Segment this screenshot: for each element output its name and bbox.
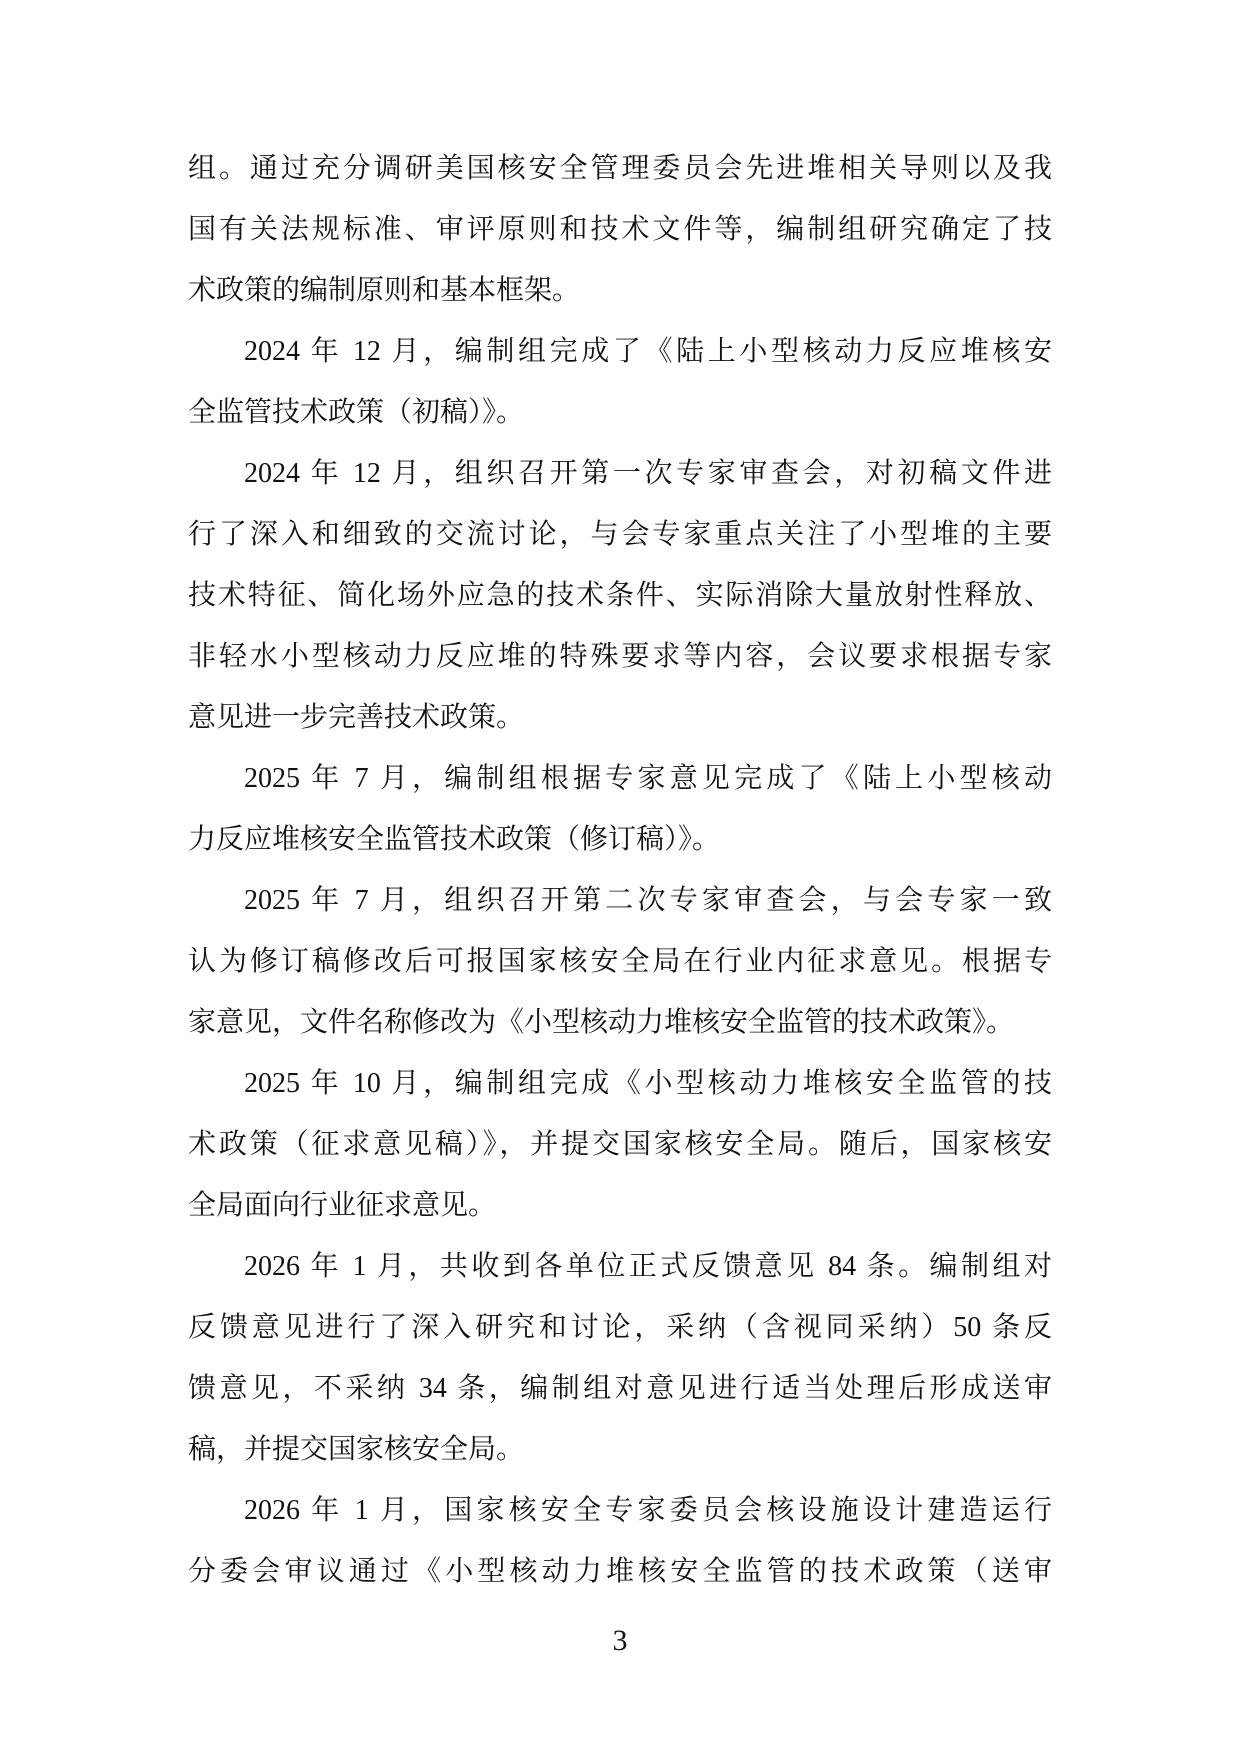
paragraph-line: 2025 年 10 月，编制组完成《小型核动力堆核安全监管的技 xyxy=(188,1053,1052,1114)
paragraph-line: 2026 年 1 月，共收到各单位正式反馈意见 84 条。编制组对 xyxy=(188,1236,1052,1297)
paragraph-line: 2025 年 7 月，编制组根据专家意见完成了《陆上小型核动 xyxy=(188,748,1052,809)
paragraph-line: 认为修订稿修改后可报国家核安全局在行业内征求意见。根据专 xyxy=(188,931,1052,992)
paragraph-line: 2026 年 1 月，国家核安全专家委员会核设施设计建造运行 xyxy=(188,1480,1052,1541)
paragraph-line: 家意见，文件名称修改为《小型核动力堆核安全监管的技术政策》。 xyxy=(188,992,1052,1053)
paragraph-line: 稿，并提交国家核安全局。 xyxy=(188,1419,1052,1480)
paragraph-line: 2024 年 12 月，组织召开第一次专家审查会，对初稿文件进 xyxy=(188,443,1052,504)
paragraph-line: 意见进一步完善技术政策。 xyxy=(188,687,1052,748)
document-page: 组。通过充分调研美国核安全管理委员会先进堆相关导则以及我国有关法规标准、审评原则… xyxy=(0,0,1240,1753)
paragraph-line: 2024 年 12 月，编制组完成了《陆上小型核动力反应堆核安 xyxy=(188,321,1052,382)
paragraph-line: 术政策（征求意见稿）》，并提交国家核安全局。随后，国家核安 xyxy=(188,1114,1052,1175)
paragraph-line: 非轻水小型核动力反应堆的特殊要求等内容，会议要求根据专家 xyxy=(188,626,1052,687)
paragraph-line: 分委会审议通过《小型核动力堆核安全监管的技术政策（送审 xyxy=(188,1541,1052,1602)
paragraph-line: 组。通过充分调研美国核安全管理委员会先进堆相关导则以及我 xyxy=(188,138,1052,199)
paragraph-line: 国有关法规标准、审评原则和技术文件等，编制组研究确定了技 xyxy=(188,199,1052,260)
paragraph-line: 全局面向行业征求意见。 xyxy=(188,1175,1052,1236)
document-body: 组。通过充分调研美国核安全管理委员会先进堆相关导则以及我国有关法规标准、审评原则… xyxy=(188,138,1052,1602)
page-number: 3 xyxy=(0,1626,1240,1656)
paragraph-line: 全监管技术政策（初稿）》。 xyxy=(188,382,1052,443)
paragraph-line: 术政策的编制原则和基本框架。 xyxy=(188,260,1052,321)
paragraph-line: 技术特征、简化场外应急的技术条件、实际消除大量放射性释放、 xyxy=(188,565,1052,626)
paragraph-line: 行了深入和细致的交流讨论，与会专家重点关注了小型堆的主要 xyxy=(188,504,1052,565)
paragraph-line: 反馈意见进行了深入研究和讨论，采纳（含视同采纳）50 条反 xyxy=(188,1297,1052,1358)
paragraph-line: 馈意见，不采纳 34 条，编制组对意见进行适当处理后形成送审 xyxy=(188,1358,1052,1419)
paragraph-line: 2025 年 7 月，组织召开第二次专家审查会，与会专家一致 xyxy=(188,870,1052,931)
paragraph-line: 力反应堆核安全监管技术政策（修订稿）》。 xyxy=(188,809,1052,870)
